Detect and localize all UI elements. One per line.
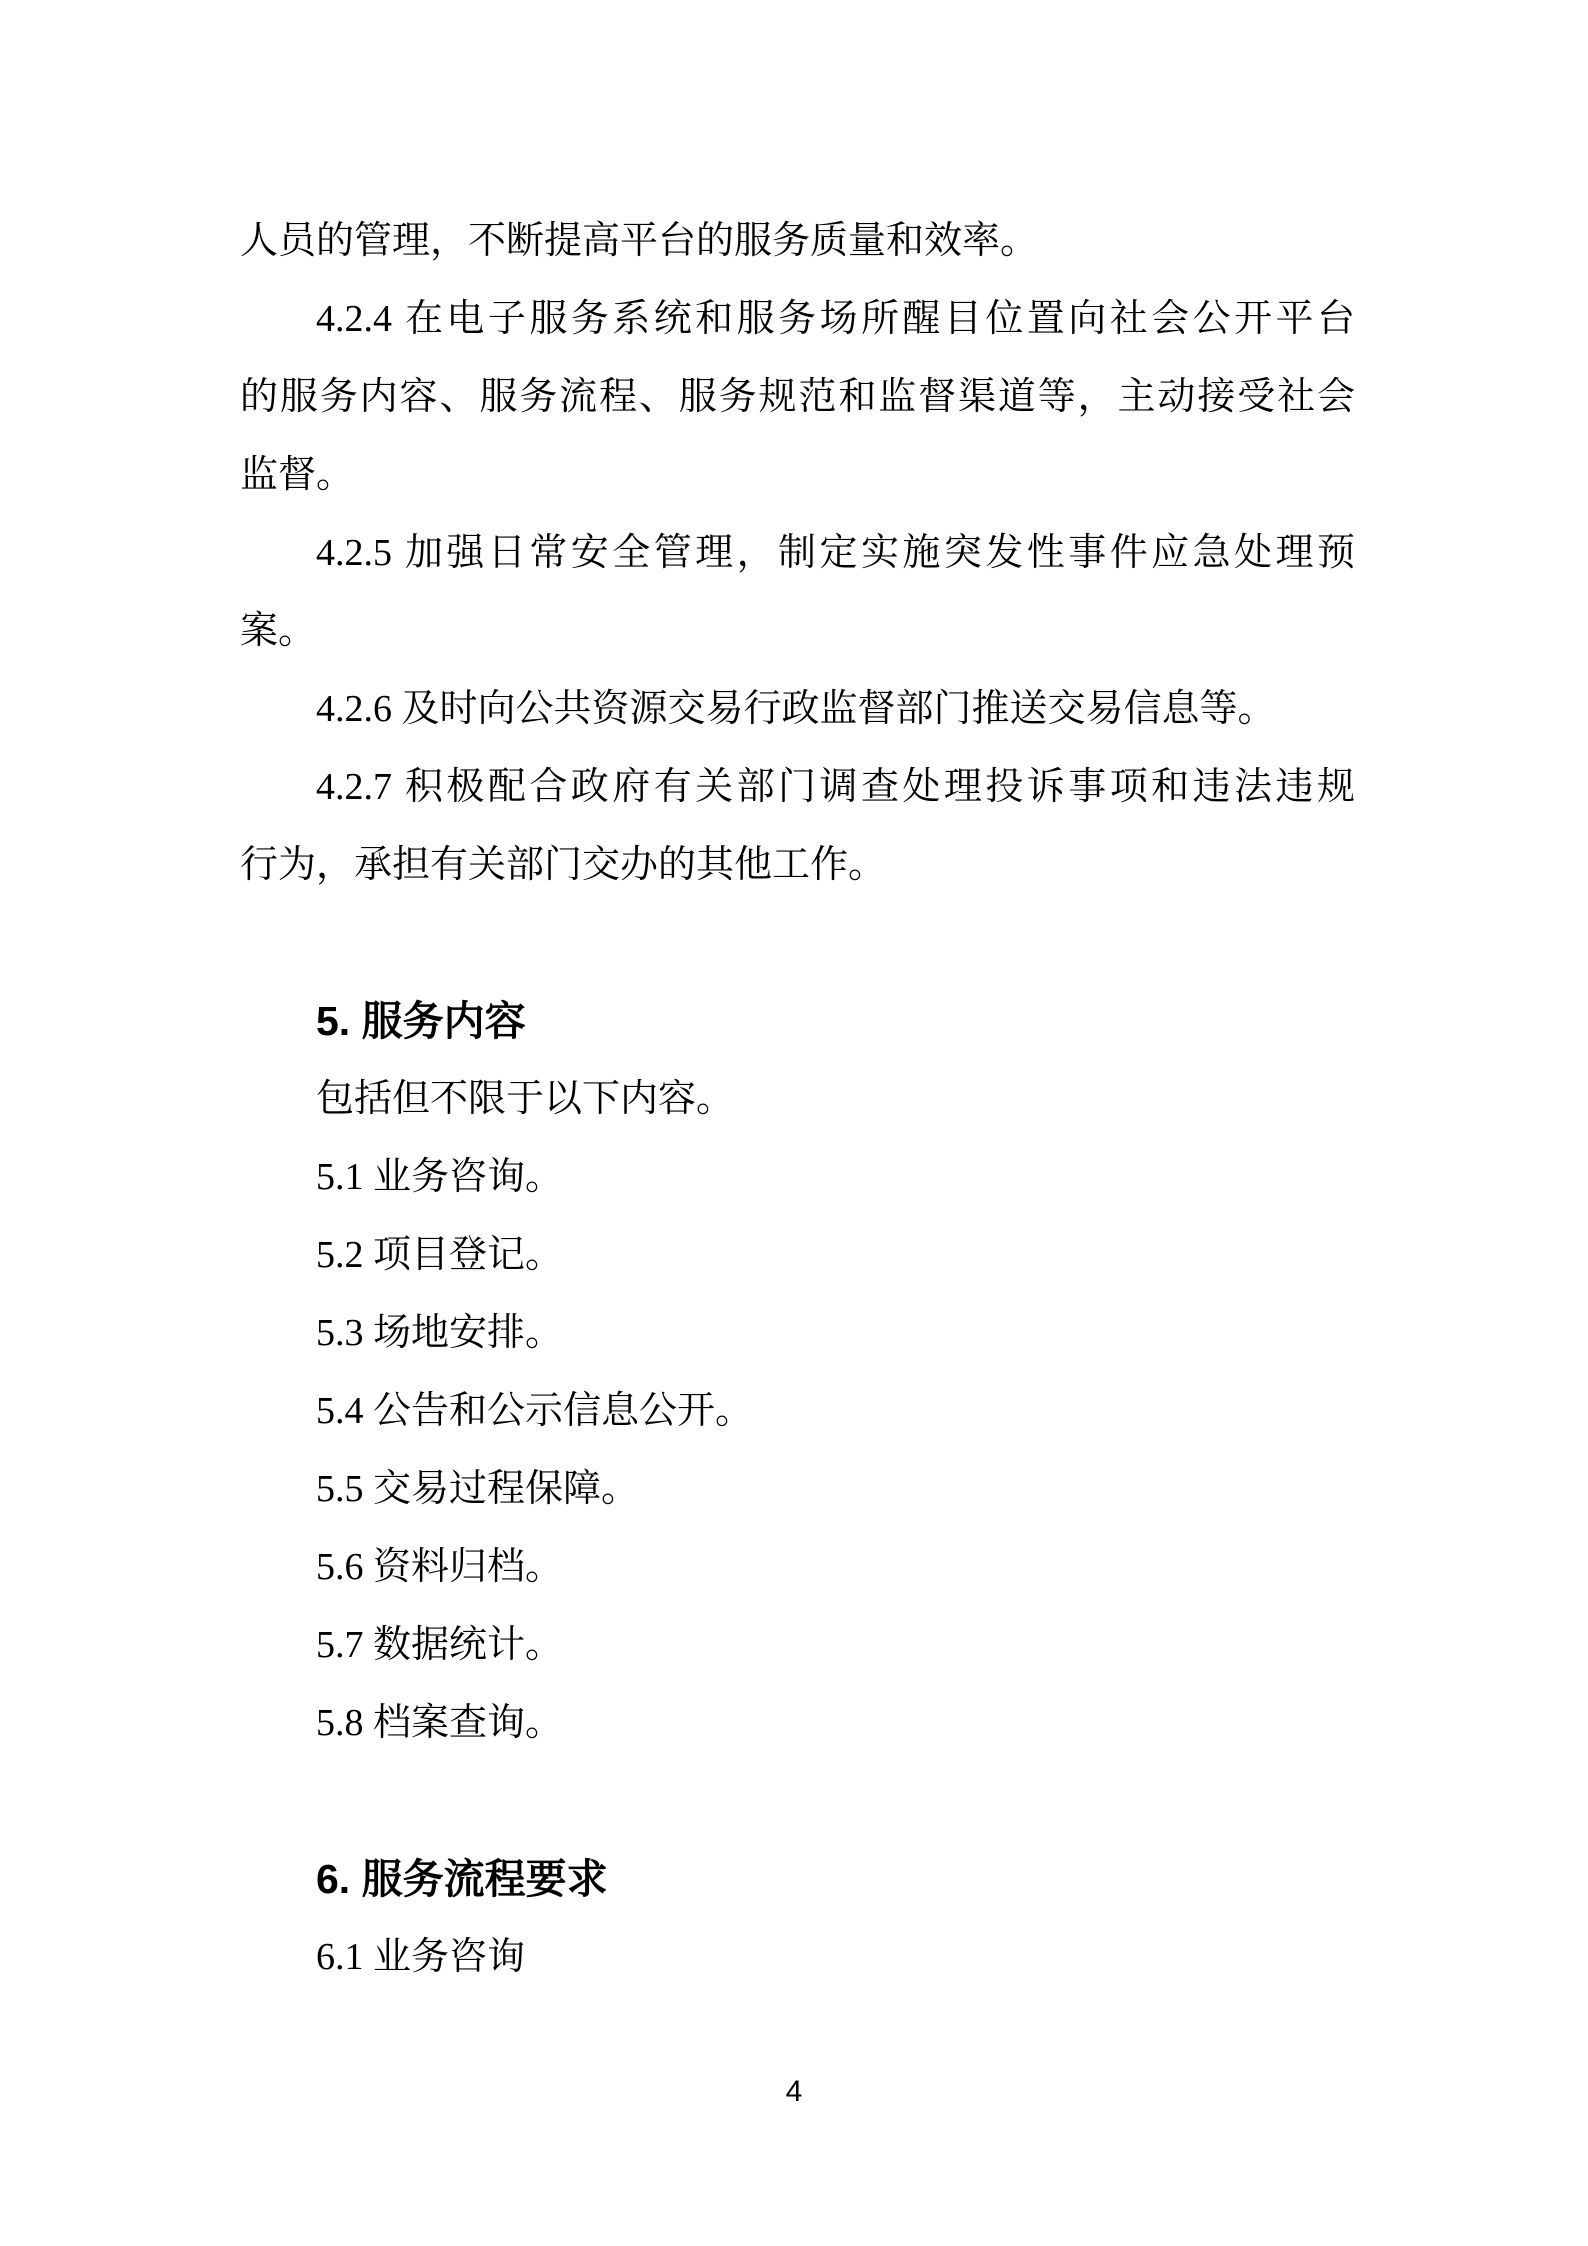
clause-4-2-4-line-1: 4.2.4 在电子服务系统和服务场所醒目位置向社会公开平台 — [240, 280, 1355, 358]
service-item-5-5: 5.5 交易过程保障。 — [240, 1450, 1355, 1528]
clause-4-2-4-line-2: 的服务内容、服务流程、服务规范和监督渠道等，主动接受社会 — [240, 358, 1355, 436]
clause-4-2-4-line-3: 监督。 — [240, 436, 1355, 514]
page-number: 4 — [0, 2072, 1588, 2112]
document-page: 人员的管理，不断提高平台的服务质量和效率。 4.2.4 在电子服务系统和服务场所… — [0, 0, 1588, 2246]
service-item-5-1: 5.1 业务咨询。 — [240, 1138, 1355, 1216]
service-item-5-6: 5.6 资料归档。 — [240, 1528, 1355, 1606]
subsection-6-1-heading: 6.1 业务咨询 — [240, 1918, 1355, 1996]
paragraph-continuation-line: 人员的管理，不断提高平台的服务质量和效率。 — [240, 202, 1355, 280]
service-item-5-7: 5.7 数据统计。 — [240, 1606, 1355, 1684]
section-5-intro: 包括但不限于以下内容。 — [240, 1060, 1355, 1138]
service-item-5-2: 5.2 项目登记。 — [240, 1216, 1355, 1294]
clause-4-2-6-line: 4.2.6 及时向公共资源交易行政监督部门推送交易信息等。 — [240, 670, 1355, 748]
spacer — [240, 904, 1355, 982]
clause-4-2-7-line-2: 行为，承担有关部门交办的其他工作。 — [240, 826, 1355, 904]
service-item-5-4: 5.4 公告和公示信息公开。 — [240, 1372, 1355, 1450]
section-5-heading: 5. 服务内容 — [240, 982, 1355, 1060]
clause-4-2-5-line-1: 4.2.5 加强日常安全管理，制定实施突发性事件应急处理预 — [240, 514, 1355, 592]
service-item-5-3: 5.3 场地安排。 — [240, 1294, 1355, 1372]
spacer — [240, 1762, 1355, 1840]
section-6-heading: 6. 服务流程要求 — [240, 1840, 1355, 1918]
clause-4-2-7-line-1: 4.2.7 积极配合政府有关部门调查处理投诉事项和违法违规 — [240, 748, 1355, 826]
clause-4-2-5-line-2: 案。 — [240, 592, 1355, 670]
service-item-5-8: 5.8 档案查询。 — [240, 1684, 1355, 1762]
